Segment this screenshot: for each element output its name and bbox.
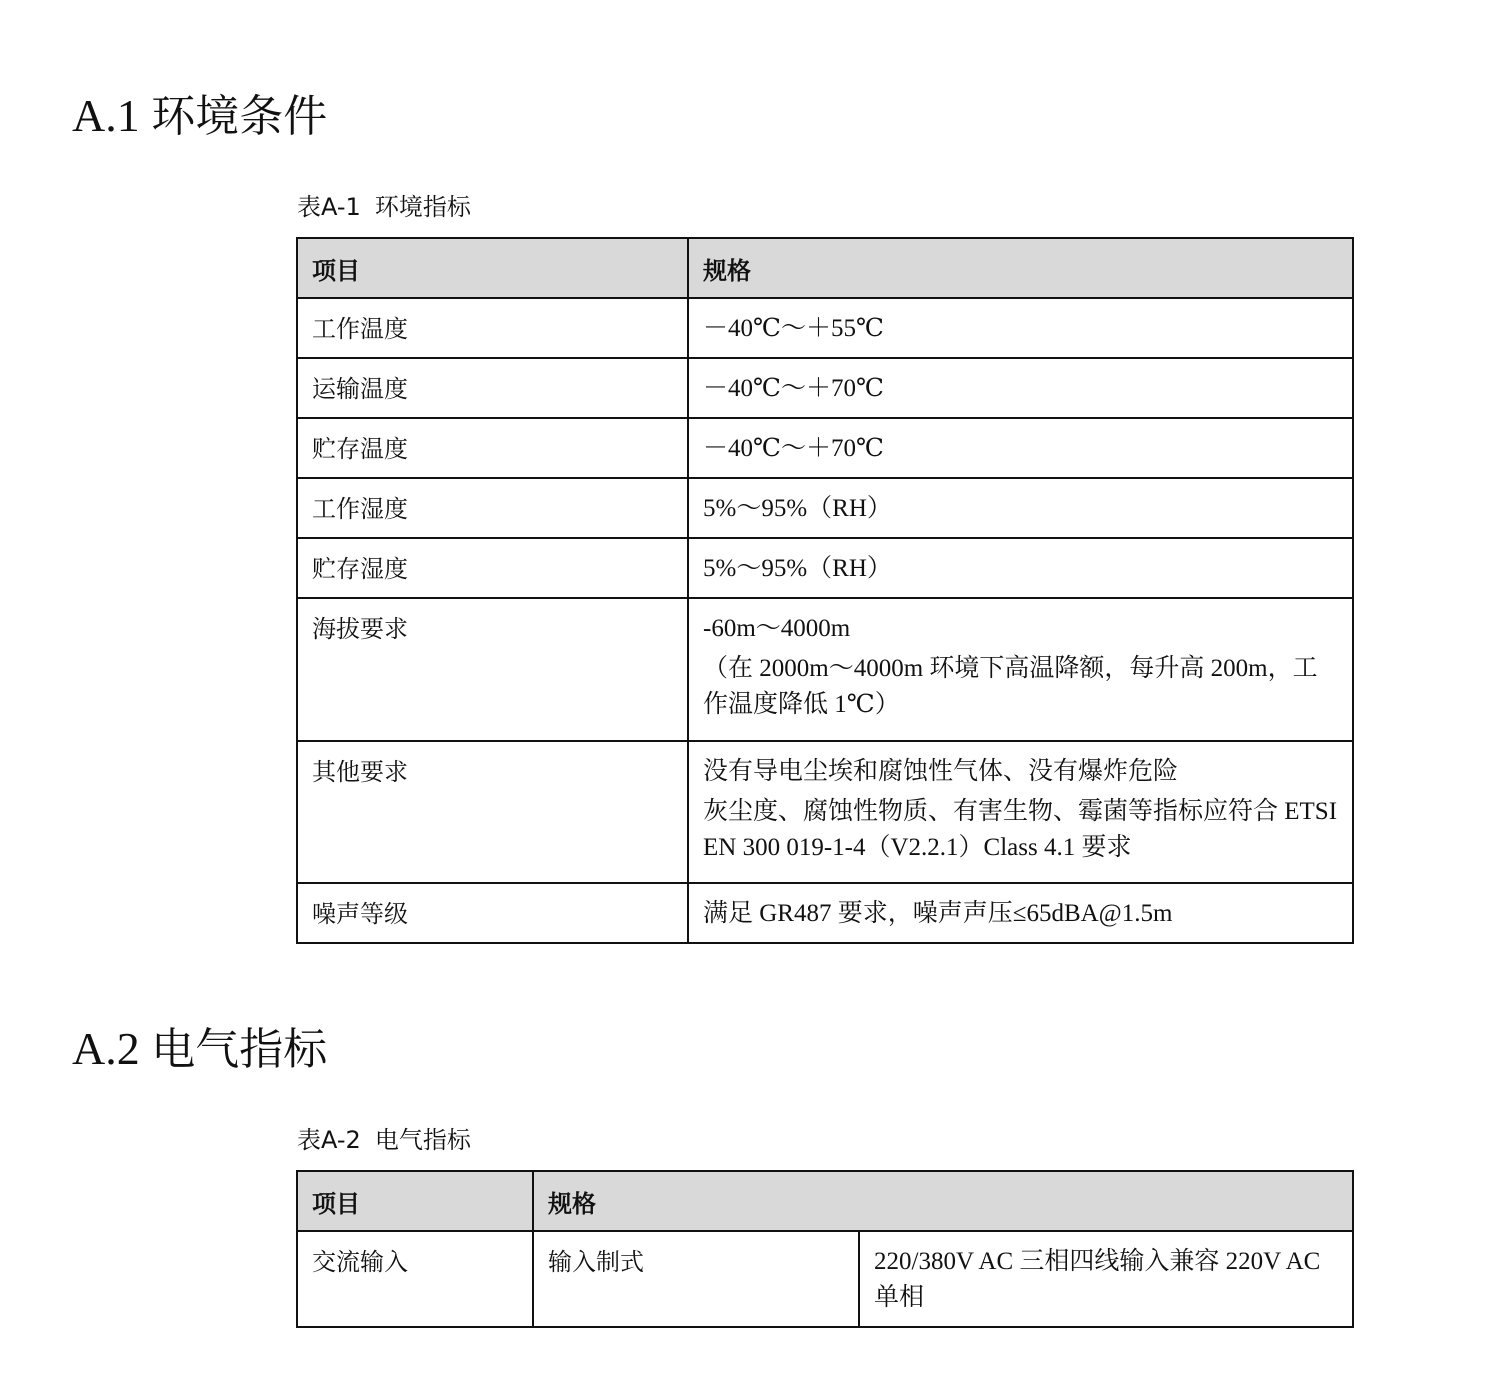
row-item: 工作湿度: [297, 478, 688, 538]
electrical-spec-table: 项目 规格 交流输入 输入制式 220/380V AC 三相四线输入兼容 220…: [296, 1170, 1354, 1328]
row-spec: 5%～95%（RH）: [688, 478, 1353, 538]
table-row: 其他要求 没有导电尘埃和腐蚀性气体、没有爆炸危险 灰尘度、腐蚀性物质、有害生物、…: [297, 741, 1353, 883]
section-title: 环境条件: [151, 91, 327, 142]
header-item: 项目: [297, 238, 688, 298]
table-header-row: 项目 规格: [297, 238, 1353, 298]
row-spec: －40℃～＋70℃: [688, 358, 1353, 418]
table-row: 噪声等级 满足 GR487 要求，噪声声压≤65dBA@1.5m: [297, 883, 1353, 943]
table-caption-number: 表A-1: [297, 193, 361, 221]
table-row: 工作温度 －40℃～＋55℃: [297, 298, 1353, 358]
row-item: 工作温度: [297, 298, 688, 358]
section-number: A.1: [72, 90, 140, 141]
row-spec: －40℃～＋70℃: [688, 418, 1353, 478]
row-item: 其他要求: [297, 741, 688, 883]
table-row: 交流输入 输入制式 220/380V AC 三相四线输入兼容 220V AC 单…: [297, 1231, 1353, 1327]
row-spec: 满足 GR487 要求，噪声声压≤65dBA@1.5m: [688, 883, 1353, 943]
row-spec: 5%～95%（RH）: [688, 538, 1353, 598]
spec-note: （在 2000m～4000m 环境下高温降额，每升高 200m，工作温度降低 1…: [703, 651, 1338, 723]
section-number: A.2: [72, 1023, 140, 1074]
header-spec: 规格: [533, 1171, 1353, 1231]
table-row: 运输温度 －40℃～＋70℃: [297, 358, 1353, 418]
row-item: 交流输入: [297, 1231, 533, 1327]
row-spec: －40℃～＋55℃: [688, 298, 1353, 358]
table-caption-number: 表A-2: [297, 1126, 361, 1154]
section-title: 电气指标: [151, 1024, 327, 1075]
table-row: 海拔要求 -60m～4000m （在 2000m～4000m 环境下高温降额，每…: [297, 598, 1353, 741]
row-item: 贮存湿度: [297, 538, 688, 598]
table-row: 贮存温度 －40℃～＋70℃: [297, 418, 1353, 478]
table-caption-a1: 表A-1环境指标: [297, 195, 471, 220]
spec-note: 灰尘度、腐蚀性物质、有害生物、霉菌等指标应符合 ETSI EN 300 019-…: [703, 794, 1338, 866]
table-caption-title: 环境指标: [375, 193, 471, 221]
spec-line: 没有导电尘埃和腐蚀性气体、没有爆炸危险: [703, 754, 1338, 790]
table-caption-title: 电气指标: [375, 1126, 471, 1154]
table-row: 贮存湿度 5%～95%（RH）: [297, 538, 1353, 598]
environment-spec-table: 项目 规格 工作温度 －40℃～＋55℃ 运输温度 －40℃～＋70℃ 贮存温度…: [296, 237, 1354, 944]
spec-line: -60m～4000m: [703, 611, 1338, 647]
row-spec: -60m～4000m （在 2000m～4000m 环境下高温降额，每升高 20…: [688, 598, 1353, 741]
table-row: 工作湿度 5%～95%（RH）: [297, 478, 1353, 538]
header-spec: 规格: [688, 238, 1353, 298]
section-heading-a1: A.1 环境条件: [72, 93, 327, 139]
table-header-row: 项目 规格: [297, 1171, 1353, 1231]
row-item: 贮存温度: [297, 418, 688, 478]
row-sub-item: 输入制式: [533, 1231, 859, 1327]
row-item: 运输温度: [297, 358, 688, 418]
row-spec: 220/380V AC 三相四线输入兼容 220V AC 单相: [859, 1231, 1353, 1327]
row-item: 海拔要求: [297, 598, 688, 741]
section-heading-a2: A.2 电气指标: [72, 1026, 327, 1072]
row-spec: 没有导电尘埃和腐蚀性气体、没有爆炸危险 灰尘度、腐蚀性物质、有害生物、霉菌等指标…: [688, 741, 1353, 883]
header-item: 项目: [297, 1171, 533, 1231]
row-item: 噪声等级: [297, 883, 688, 943]
table-caption-a2: 表A-2电气指标: [297, 1128, 471, 1153]
